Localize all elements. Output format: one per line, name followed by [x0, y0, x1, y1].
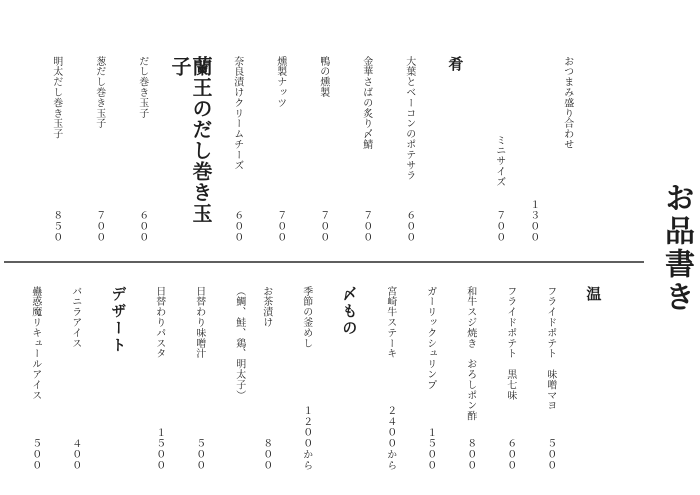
item-name: フライドポテト 味噌マヨ — [544, 286, 555, 411]
item-price: １５００ — [424, 427, 435, 471]
item-name: フライドポテト 黒七味 — [504, 286, 515, 400]
section-heading: デザート — [109, 286, 125, 354]
item-name: ミニサイズ — [493, 135, 504, 187]
item-name: 和牛スジ焼き おろしポン酢 — [464, 286, 475, 421]
menu-item: 明太だし巻き玉子 ８５０ — [49, 56, 62, 243]
item-name: 金華さばの炙り〆鯖 — [360, 56, 371, 150]
menu-item: 宮崎牛ステーキ ２４００から — [383, 286, 396, 471]
section-divider — [4, 261, 644, 263]
item-name: 日替わりパスタ — [153, 286, 164, 359]
menu-item: フライドポテト 味噌マヨ ５００ — [543, 286, 556, 471]
item-name: 日替わり味噌汁 — [193, 286, 204, 359]
menu-item-featured-name: おつまみ盛り合わせ — [560, 56, 573, 243]
menu-item: お茶漬け ８００ — [259, 286, 272, 471]
section-heading: 肴 — [446, 56, 462, 73]
item-name: 燻製ナッツ — [274, 56, 285, 108]
heading-dessert: デザート — [108, 286, 125, 471]
section-appetizers: おつまみ盛り合わせ １３００ ミニサイズ ７００ 肴 大葉とベーコンのポテサラ … — [49, 56, 573, 243]
menu-item: 大葉とベーコンのポテサラ ６００ — [402, 56, 415, 243]
item-price: ６００ — [136, 210, 147, 243]
menu-page: お品書き おつまみ盛り合わせ １３００ ミニサイズ ７００ 肴 大葉とベーコンの… — [0, 0, 700, 495]
heading-dashimaki: 蘭王のだし巻き玉子 — [178, 56, 200, 243]
item-price: １３００ — [527, 199, 538, 243]
heading-shime: 〆もの — [339, 286, 356, 471]
page-title: お品書き — [660, 182, 693, 314]
item-name: だし巻き玉子 — [136, 56, 147, 118]
item-price: ５００ — [544, 438, 555, 471]
item-name: 大葉とベーコンのポテサラ — [403, 56, 414, 181]
menu-item: 季節の釜めし １２００から — [299, 286, 312, 471]
item-price: ６００ — [231, 210, 242, 243]
item-name: （鯛、鮭、鶏、明太子） — [233, 286, 244, 400]
menu-item: 燻製ナッツ ７００ — [273, 56, 286, 243]
menu-item: フライドポテト 黒七味 ６００ — [503, 286, 516, 471]
item-name: 奈良漬けクリームチーズ — [231, 56, 242, 170]
item-name: 鴨の燻製 — [317, 56, 328, 98]
menu-item: 金華さばの炙り〆鯖 ７００ — [359, 56, 372, 243]
section-heading: 〆もの — [340, 286, 356, 337]
item-price: １５００ — [153, 427, 164, 471]
heading-warm: 温 — [583, 286, 600, 471]
section-mains: 温 フライドポテト 味噌マヨ ５００ フライドポテト 黒七味 ６００ 和牛スジ焼… — [28, 286, 600, 471]
item-name: ガーリックシュリンプ — [424, 286, 435, 390]
item-price: ６００ — [504, 438, 515, 471]
menu-item: 奈良漬けクリームチーズ ６００ — [230, 56, 243, 243]
section-heading: 温 — [584, 286, 600, 303]
item-name: 葱だし巻き玉子 — [93, 56, 104, 129]
item-price: ８００ — [260, 438, 271, 471]
item-name: お茶漬け — [260, 286, 271, 328]
menu-item-mini-size: ミニサイズ ７００ — [492, 56, 505, 243]
section-heading: 蘭王のだし巻き玉子 — [168, 56, 210, 243]
item-price: ５００ — [193, 438, 204, 471]
item-price: １２００から — [300, 405, 311, 471]
item-price: ７００ — [93, 210, 104, 243]
item-price: ７００ — [493, 210, 504, 243]
item-price: ６００ — [403, 210, 414, 243]
menu-item: バニラアイス ４００ — [68, 286, 81, 471]
item-price: ７００ — [274, 210, 285, 243]
menu-item: 和牛スジ焼き おろしポン酢 ８００ — [463, 286, 476, 471]
item-name: 明太だし巻き玉子 — [50, 56, 61, 139]
menu-item: だし巻き玉子 ６００ — [135, 56, 148, 243]
item-price: ５００ — [29, 438, 40, 471]
menu-item-featured-price: １３００ — [526, 56, 539, 243]
item-name: バニラアイス — [69, 286, 80, 348]
menu-item: 日替わり味噌汁 ５００ — [192, 286, 205, 471]
item-name: 宮崎牛ステーキ — [384, 286, 395, 359]
item-price: ２４００から — [384, 405, 395, 471]
item-name: 季節の釜めし — [300, 286, 311, 348]
menu-item: 鴨の燻製 ７００ — [316, 56, 329, 243]
menu-item: 蠱惑魔リキュールアイス ５００ — [28, 286, 41, 471]
item-price: ７００ — [317, 210, 328, 243]
item-price: ４００ — [69, 438, 80, 471]
menu-item: 日替わりパスタ １５００ — [152, 286, 165, 471]
menu-item-note: （鯛、鮭、鶏、明太子） — [232, 286, 245, 471]
menu-item: 葱だし巻き玉子 ７００ — [92, 56, 105, 243]
item-price: ８００ — [464, 438, 475, 471]
heading-sakana: 肴 — [445, 56, 462, 243]
menu-item: ガーリックシュリンプ １５００ — [423, 286, 436, 471]
item-name: 蠱惑魔リキュールアイス — [29, 286, 40, 400]
item-name: おつまみ盛り合わせ — [561, 56, 572, 150]
item-price: ８５０ — [50, 210, 61, 243]
item-price: ７００ — [360, 210, 371, 243]
